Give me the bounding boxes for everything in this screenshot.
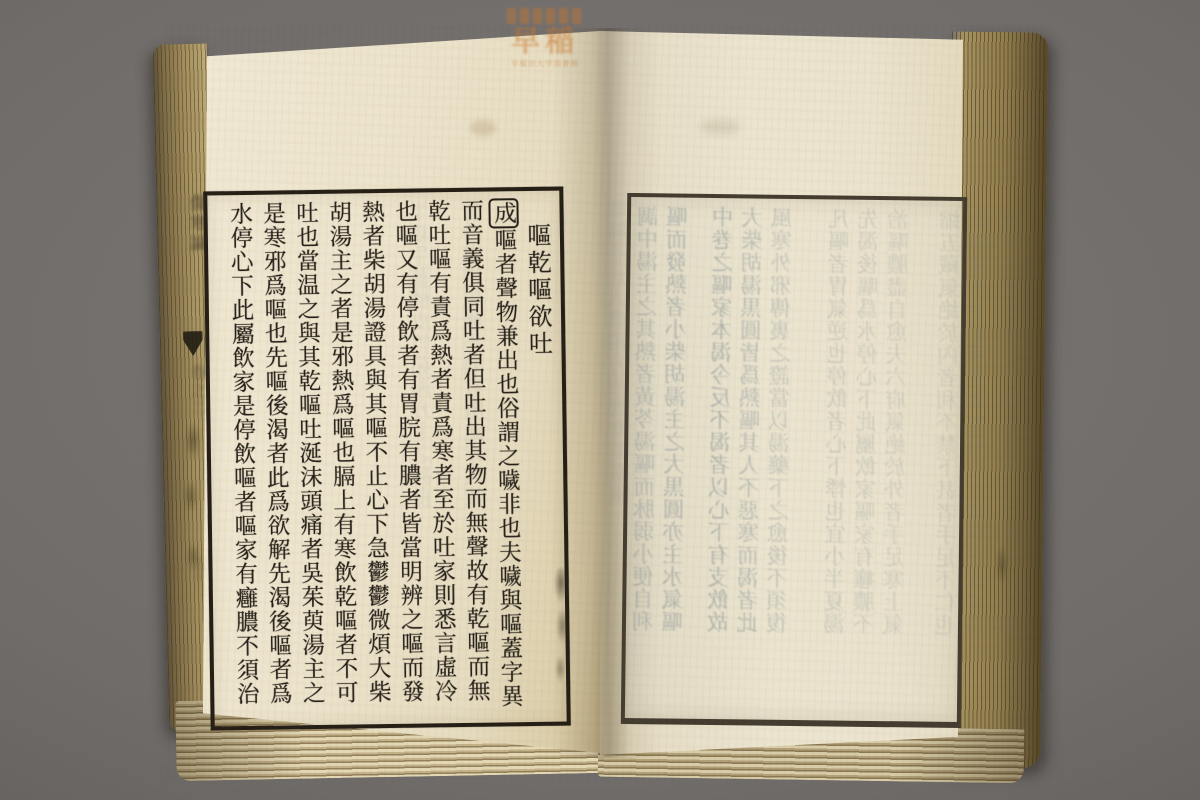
- paper-grain-overlay: [165, 25, 1045, 780]
- book-photograph: 半夏生薑橘皮竹茹湯方主之甚良胃冷嘔逆氣厥不通宜服此方大效嘔噦不止人參湯方治傷寒乾…: [0, 0, 1200, 800]
- watermark-cropped-row: [507, 8, 583, 24]
